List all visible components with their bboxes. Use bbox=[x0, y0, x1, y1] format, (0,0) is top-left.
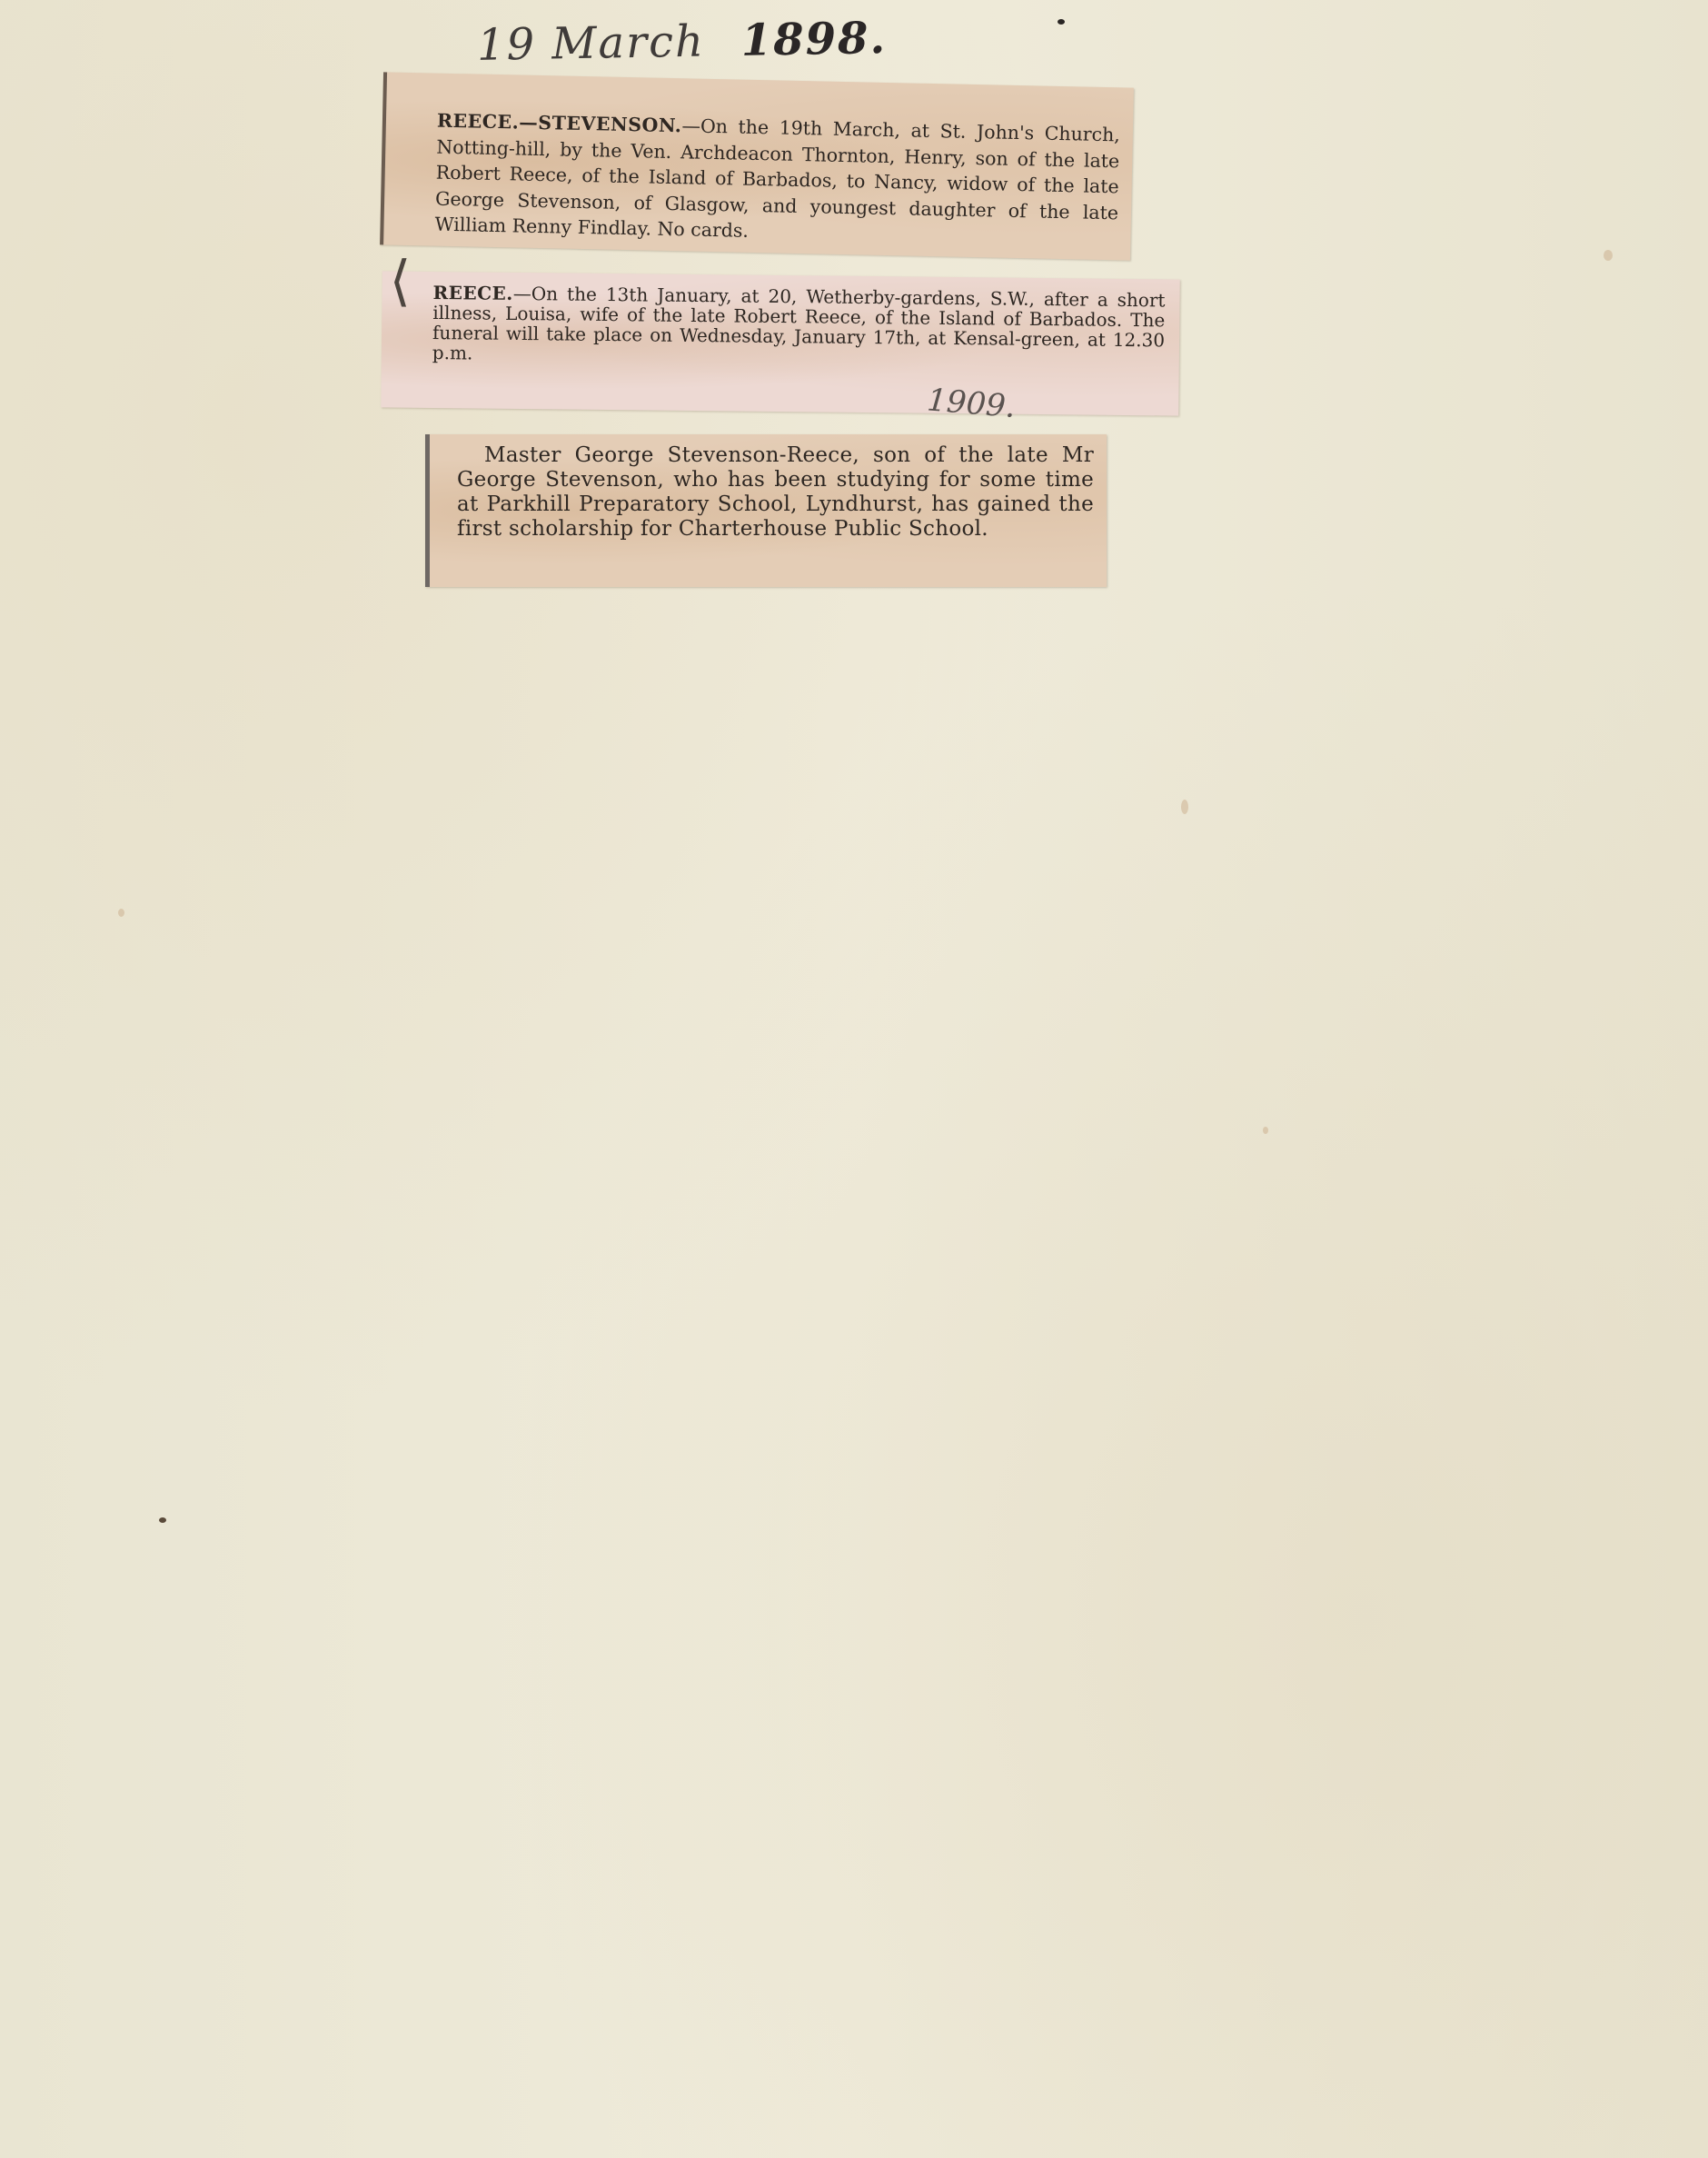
newspaper-clipping-scholarship: Master George Stevenson-Reece, son of th… bbox=[425, 434, 1107, 587]
clipping-text: REECE.—STEVENSON.—On the 19th March, at … bbox=[434, 108, 1120, 252]
handwritten-date-day-month: 19 March bbox=[477, 16, 706, 71]
handwritten-date-year: 1898. bbox=[740, 13, 887, 66]
foxing-spot bbox=[1181, 800, 1188, 814]
handwritten-year-annotation: 1909. bbox=[926, 390, 1016, 417]
foxing-spot bbox=[118, 909, 124, 917]
clipping-lead: REECE.—STEVENSON. bbox=[437, 110, 682, 137]
ink-spot bbox=[1058, 19, 1065, 25]
newspaper-clipping-death-notice: ⟨ REECE.—On the 13th January, at 20, Wet… bbox=[381, 271, 1180, 415]
newspaper-clipping-marriage: REECE.—STEVENSON.—On the 19th March, at … bbox=[380, 72, 1134, 260]
clipping-text: REECE.—On the 13th January, at 20, Wethe… bbox=[432, 283, 1166, 370]
clipping-body: —On the 13th January, at 20, Wetherby-ga… bbox=[432, 283, 1166, 364]
foxing-spot bbox=[1604, 250, 1613, 261]
scrapbook-page: 19 March1898. REECE.—STEVENSON.—On the 1… bbox=[0, 0, 1708, 2158]
handwritten-date: 19 March1898. bbox=[477, 13, 888, 71]
foxing-spot bbox=[1263, 1127, 1268, 1134]
clipping-text: Master George Stevenson-Reece, son of th… bbox=[457, 443, 1094, 542]
margin-bracket-mark: ⟨ bbox=[390, 271, 412, 291]
ink-spot bbox=[159, 1517, 166, 1523]
clipping-body: —On the 19th March, at St. John's Church… bbox=[434, 114, 1120, 242]
clipping-body: Master George Stevenson-Reece, son of th… bbox=[457, 443, 1094, 541]
